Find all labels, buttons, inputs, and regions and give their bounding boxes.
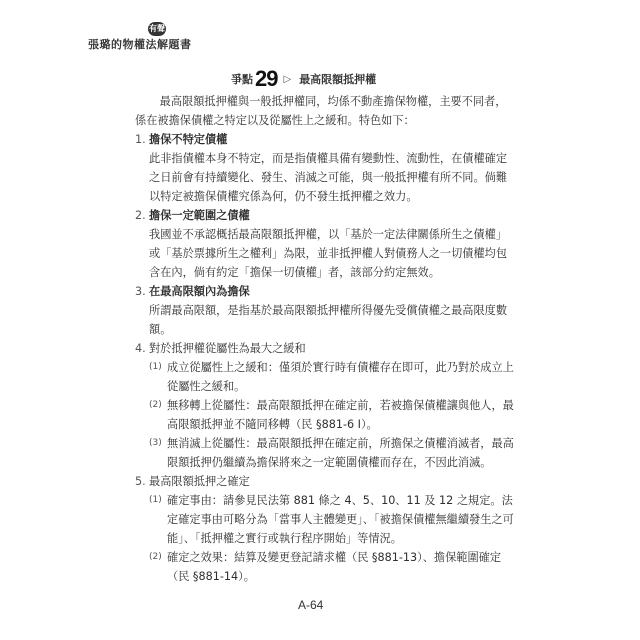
point-number: 3. xyxy=(135,282,149,301)
section-prefix: 爭點 xyxy=(231,71,253,87)
book-title: 張璐的物權法解題書 xyxy=(88,36,192,52)
point-number: 4. xyxy=(135,339,149,358)
document-body: 最高限額抵押權與一般抵押權同，均係不動產擔保物權，主要不同者，係在被擔保債權之特… xyxy=(135,92,515,586)
point-4: 4.對於抵押權從屬性為最大之緩和 (1)成立從屬性上之緩和：僅須於實行時有債權存… xyxy=(135,339,515,472)
sub-item-text: 成立從屬性上之緩和：僅須於實行時有債權存在即可，此乃對於成立上從屬性之緩和。 xyxy=(167,358,515,396)
sub-item-text: 確定事由：請參見民法第 881 條之 4、5、10、11 及 12 之規定。法定… xyxy=(167,491,515,548)
point-heading: 2.擔保一定範圍之債權 xyxy=(135,206,515,225)
page-number: A-64 xyxy=(298,598,323,612)
triangle-arrow-icon: ▷ xyxy=(283,74,291,85)
point-number: 2. xyxy=(135,206,149,225)
point-heading-text: 擔保一定範圍之債權 xyxy=(149,209,250,222)
sub-item-mark: (1) xyxy=(149,491,167,548)
sub-item-mark: (2) xyxy=(149,396,167,434)
point-5: 5.最高限額抵押之確定 (1)確定事由：請參見民法第 881 條之 4、5、10… xyxy=(135,472,515,586)
sub-item-text: 無消滅上從屬性：最高限額抵押在確定前，所擔保之債權消滅者，最高限額抵押仍繼續為擔… xyxy=(167,434,515,472)
point-heading-text: 最高限額抵押之確定 xyxy=(149,472,250,491)
point-heading-text: 在最高限額內為擔保 xyxy=(149,285,250,298)
point-heading: 5.最高限額抵押之確定 xyxy=(135,472,515,491)
point-2: 2.擔保一定範圍之債權 我國並不承認概括最高限額抵押權，以「基於一定法律關係所生… xyxy=(135,206,515,282)
point-1: 1.擔保不特定債權 此非指債權本身不特定，而是指債權具備有變動性、流動性，在債權… xyxy=(135,130,515,206)
audio-badge: 有聲 xyxy=(148,22,166,36)
sub-item: (2)確定之效果：結算及變更登記請求權（民 §881-13）、擔保範圍確定（民 … xyxy=(135,548,515,586)
section-title: 爭點 29 ▷ 最高限額抵押權 xyxy=(231,66,376,92)
section-number: 29 xyxy=(255,66,277,92)
point-heading-text: 對於抵押權從屬性為最大之緩和 xyxy=(149,339,306,358)
point-heading: 1.擔保不特定債權 xyxy=(135,130,515,149)
point-heading: 3.在最高限額內為擔保 xyxy=(135,282,515,301)
point-body: 我國並不承認概括最高限額抵押權，以「基於一定法律關係所生之債權」或「基於票據所生… xyxy=(135,225,515,282)
point-heading-text: 擔保不特定債權 xyxy=(149,133,227,146)
section-name: 最高限額抵押權 xyxy=(299,71,376,87)
sub-item-mark: (1) xyxy=(149,358,167,396)
sub-item: (1)確定事由：請參見民法第 881 條之 4、5、10、11 及 12 之規定… xyxy=(135,491,515,548)
point-body: 此非指債權本身不特定，而是指債權具備有變動性、流動性，在債權確定之日前會有持續變… xyxy=(135,149,515,206)
intro-paragraph: 最高限額抵押權與一般抵押權同，均係不動產擔保物權，主要不同者，係在被擔保債權之特… xyxy=(135,92,515,130)
sub-item-mark: (3) xyxy=(149,434,167,472)
sub-item: (2)無移轉上從屬性：最高限額抵押在確定前，若被擔保債權讓與他人，最高限額抵押並… xyxy=(135,396,515,434)
point-heading: 4.對於抵押權從屬性為最大之緩和 xyxy=(135,339,515,358)
point-body: 所謂最高限額，是指基於最高限額抵押權所得優先受償債權之最高限度數額。 xyxy=(135,301,515,339)
sub-item-mark: (2) xyxy=(149,548,167,586)
sub-item-text: 確定之效果：結算及變更登記請求權（民 §881-13）、擔保範圍確定（民 §88… xyxy=(167,548,515,586)
point-number: 1. xyxy=(135,130,149,149)
sub-item: (1)成立從屬性上之緩和：僅須於實行時有債權存在即可，此乃對於成立上從屬性之緩和… xyxy=(135,358,515,396)
sub-item-text: 無移轉上從屬性：最高限額抵押在確定前，若被擔保債權讓與他人，最高限額抵押並不隨同… xyxy=(167,396,515,434)
sub-item: (3)無消滅上從屬性：最高限額抵押在確定前，所擔保之債權消滅者，最高限額抵押仍繼… xyxy=(135,434,515,472)
point-number: 5. xyxy=(135,472,149,491)
point-3: 3.在最高限額內為擔保 所謂最高限額，是指基於最高限額抵押權所得優先受償債權之最… xyxy=(135,282,515,339)
